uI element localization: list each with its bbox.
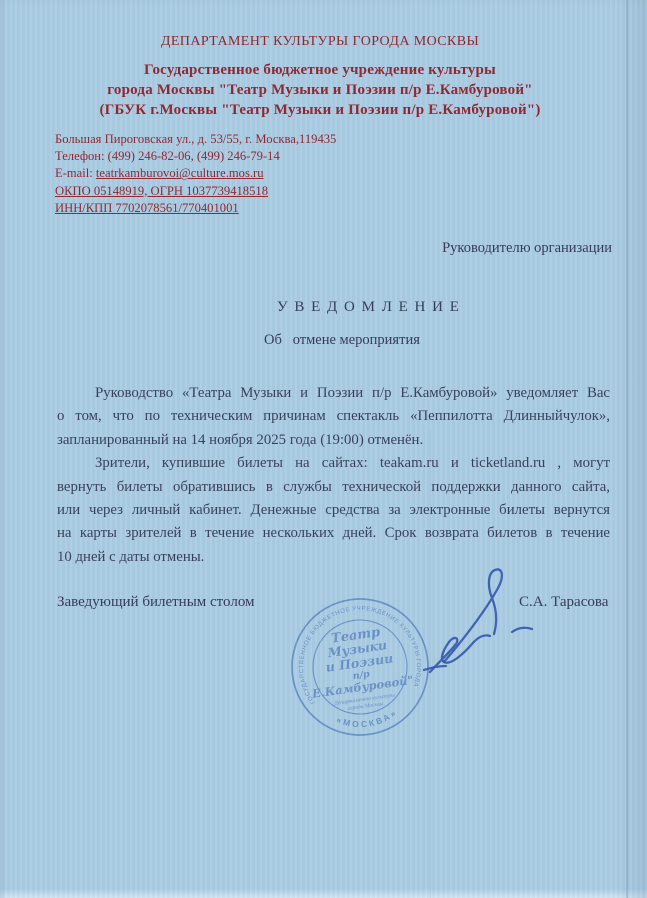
stamp-city-text: «МОСКВА»: [334, 706, 401, 733]
contact-block: Большая Пироговская ул., д. 53/55, г. Мо…: [55, 131, 336, 217]
org-name-line1: Государственное бюджетное учреждение кул…: [0, 60, 640, 80]
body-text: Руководство «Театра Музыки и Поэзии п/р …: [57, 382, 610, 569]
phone-line: Телефон: (499) 246-82-06, (499) 246-79-1…: [55, 148, 336, 165]
paragraph1-line: Руководство «Театра Музыки и Поэзии п/р …: [57, 382, 610, 405]
paragraph2-line: или через личный кабинет. Денежные средс…: [57, 499, 610, 522]
paragraph1-line: о том, что по техническим причинам спект…: [57, 405, 610, 428]
letterhead: ДЕПАРТАМЕНТ КУЛЬТУРЫ ГОРОДА МОСКВЫ Госуд…: [0, 33, 640, 120]
svg-text:«МОСКВА»: «МОСКВА»: [334, 706, 401, 733]
document-title: У В Е Д О М Л Е Н И Е: [277, 299, 460, 316]
okpo-ogrn-line: ОКПО 05148919, ОГРН 1037739418518: [55, 183, 336, 200]
paragraph2-line: вернуть билеты обратившись в службы техн…: [57, 476, 610, 499]
document-subject: Об отмене мероприятия: [264, 332, 420, 349]
email-address: teatrkamburovoi@culture.mos.ru: [96, 166, 264, 180]
org-name-line3: (ГБУК г.Москвы "Театр Музыки и Поэзии п/…: [0, 100, 640, 120]
email-label: E-mail:: [55, 166, 96, 180]
org-name-line2: города Москвы "Театр Музыки и Поэзии п/р…: [0, 80, 640, 100]
email-line: E-mail: teatrkamburovoi@culture.mos.ru: [55, 165, 336, 182]
paragraph2-line: на карты зрителей в течение нескольких д…: [57, 522, 610, 545]
department-title: ДЕПАРТАМЕНТ КУЛЬТУРЫ ГОРОДА МОСКВЫ: [0, 33, 640, 51]
paragraph2-line: Зрители, купившие билеты на сайтах: teak…: [57, 452, 610, 475]
signer-position: Заведующий билетным столом: [57, 594, 255, 611]
paper-fold-line: [626, 0, 628, 898]
addressee: Руководителю организации: [442, 240, 612, 257]
address-line: Большая Пироговская ул., д. 53/55, г. Мо…: [55, 131, 336, 148]
scanned-letter-page: ДЕПАРТАМЕНТ КУЛЬТУРЫ ГОРОДА МОСКВЫ Госуд…: [0, 0, 647, 898]
paragraph1-line: запланированный на 14 ноября 2025 года (…: [57, 429, 610, 452]
handwritten-signature: [408, 550, 618, 700]
inn-kpp-line: ИНН/КПП 7702078561/770401001: [55, 200, 336, 217]
